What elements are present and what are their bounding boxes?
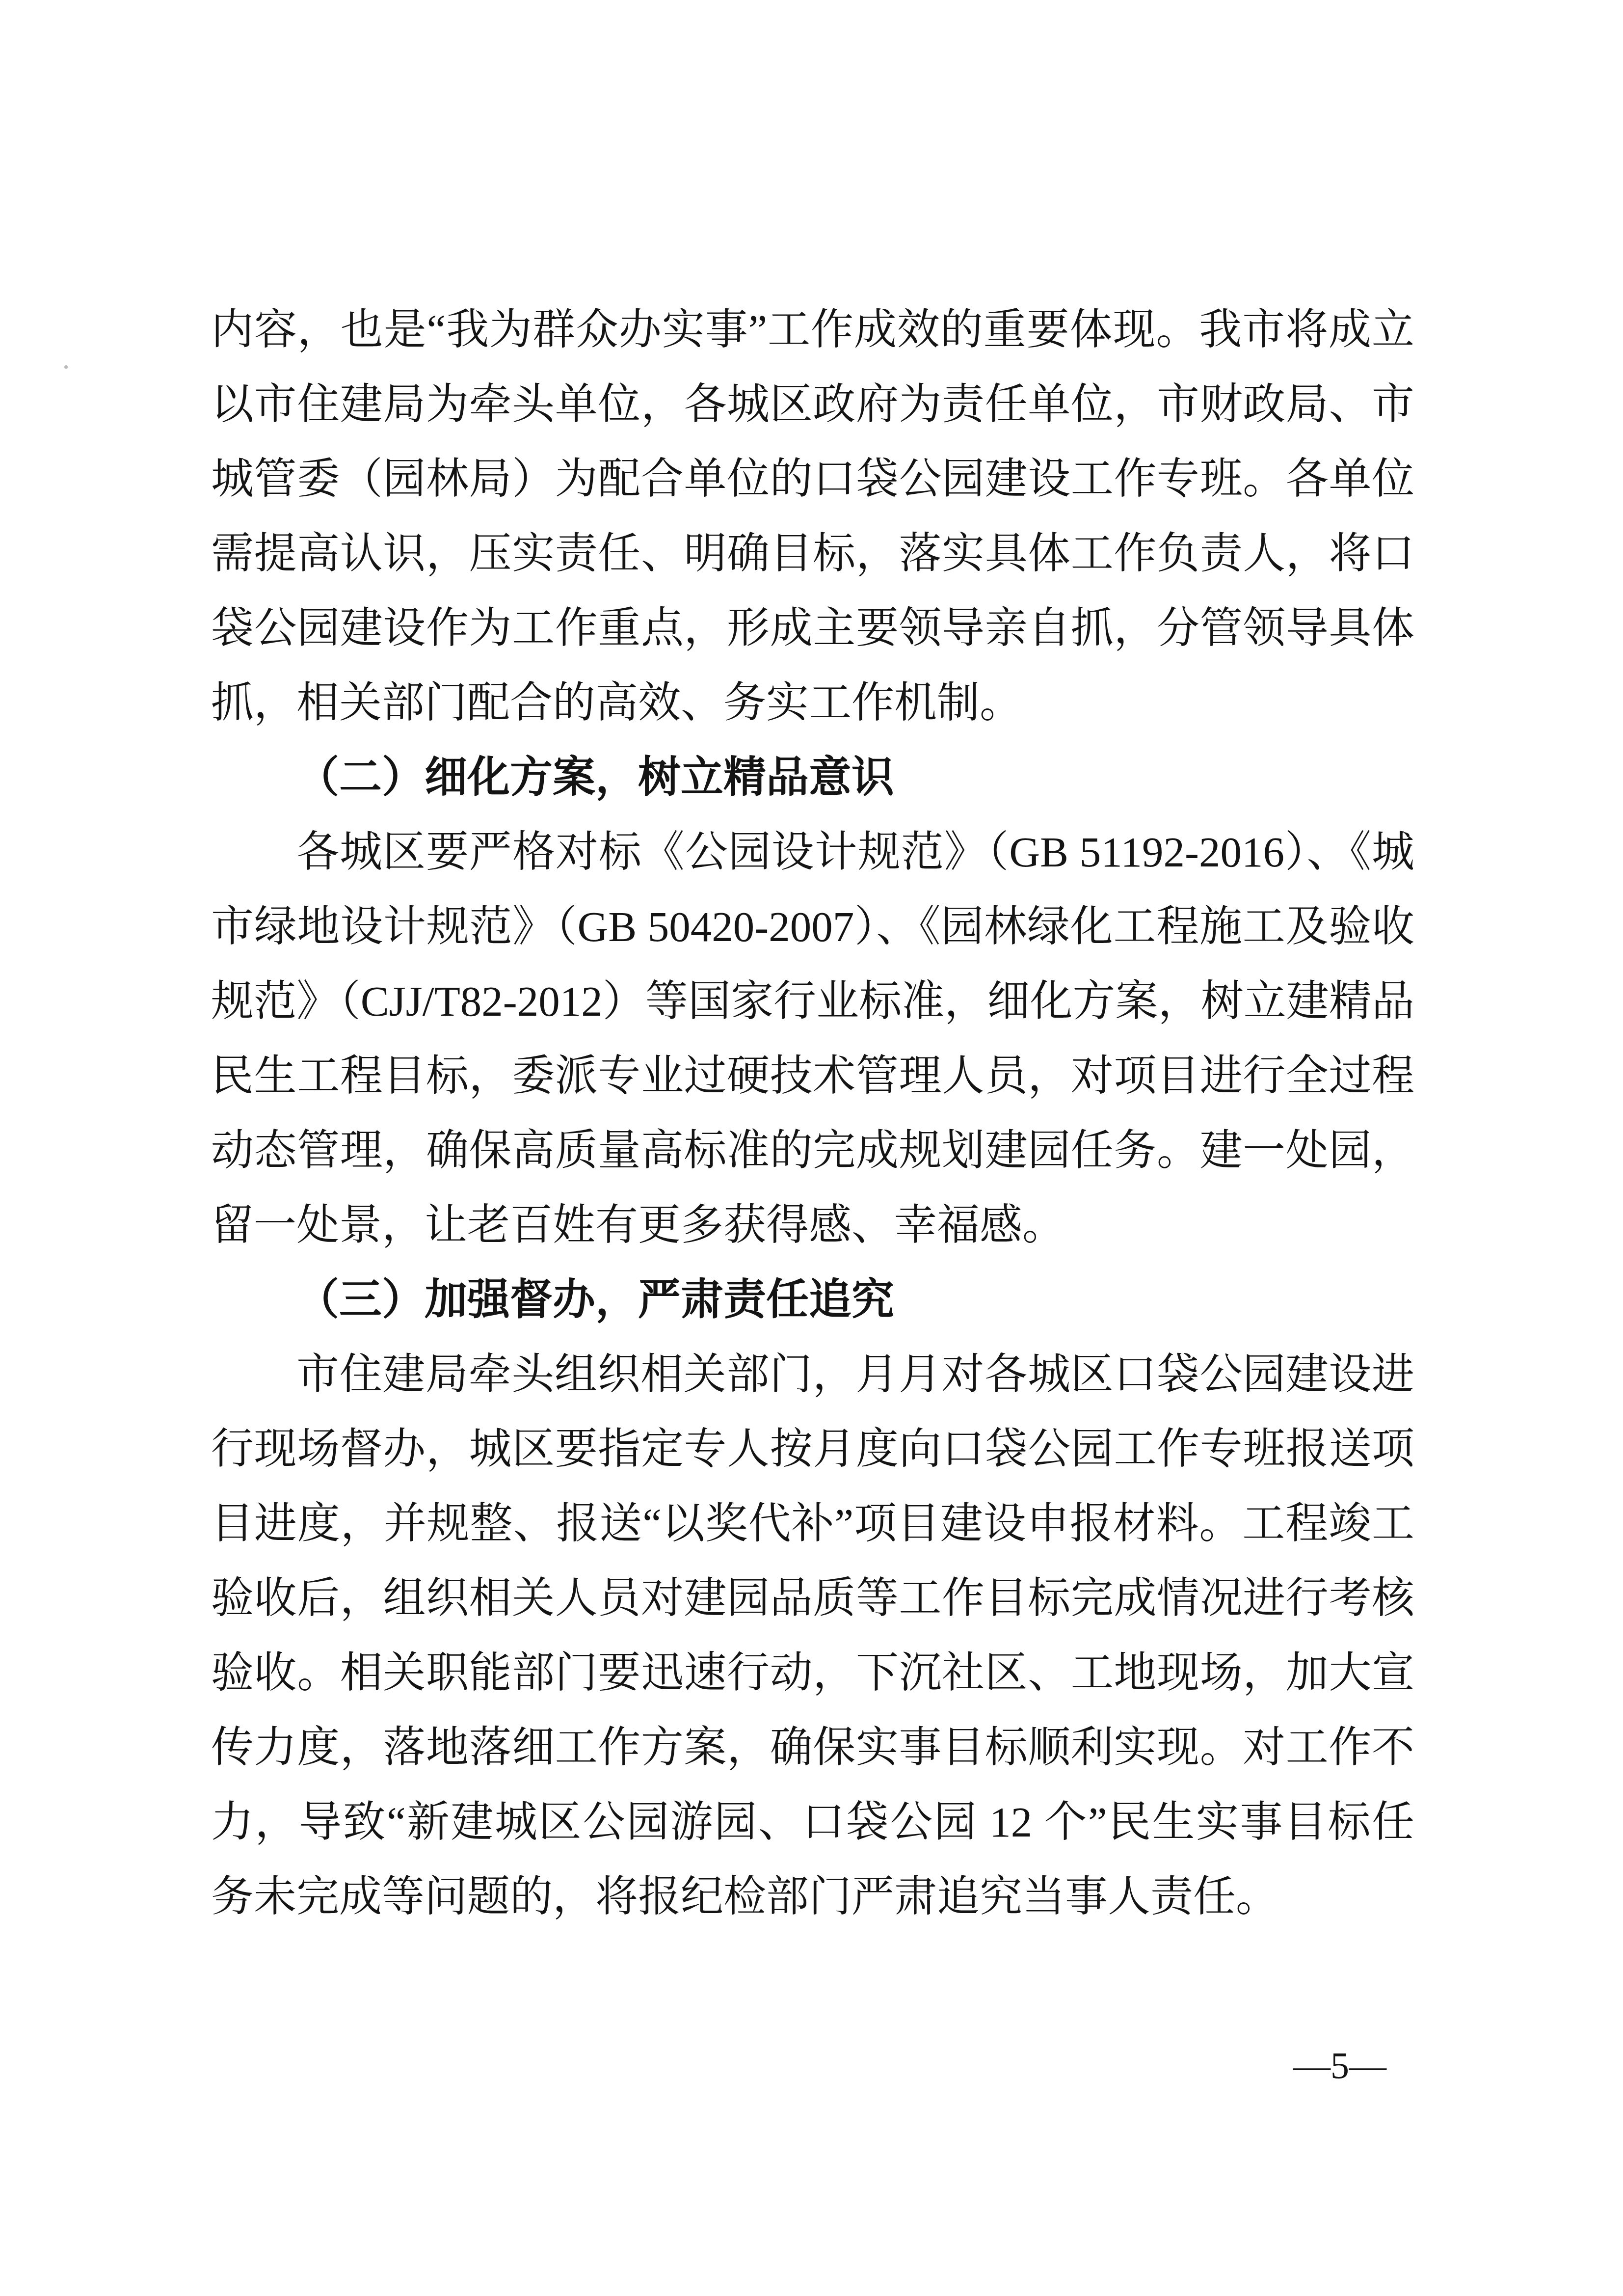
document-body: 内容，也是“我为群众办实事”工作成效的重要体现。我市将成立以市住建局为牵头单位，… bbox=[211, 293, 1414, 1934]
body-paragraph: 各城区要严格对标《公园设计规范》（GB 51192-2016）、《城市绿地设计规… bbox=[211, 815, 1414, 1263]
body-paragraph: 内容，也是“我为群众办实事”工作成效的重要体现。我市将成立以市住建局为牵头单位，… bbox=[211, 293, 1414, 740]
document-page: 内容，也是“我为群众办实事”工作成效的重要体现。我市将成立以市住建局为牵头单位，… bbox=[0, 0, 1623, 2296]
page-number: —5— bbox=[1256, 2041, 1423, 2090]
section-heading: （三）加强督办，严肃责任追究 bbox=[211, 1263, 1414, 1337]
section-heading: （二）细化方案，树立精品意识 bbox=[211, 740, 1414, 815]
body-paragraph: 市住建局牵头组织相关部门，月月对各城区口袋公园建设进行现场督办，城区要指定专人按… bbox=[211, 1337, 1414, 1934]
scan-artifact-dot bbox=[64, 365, 68, 369]
